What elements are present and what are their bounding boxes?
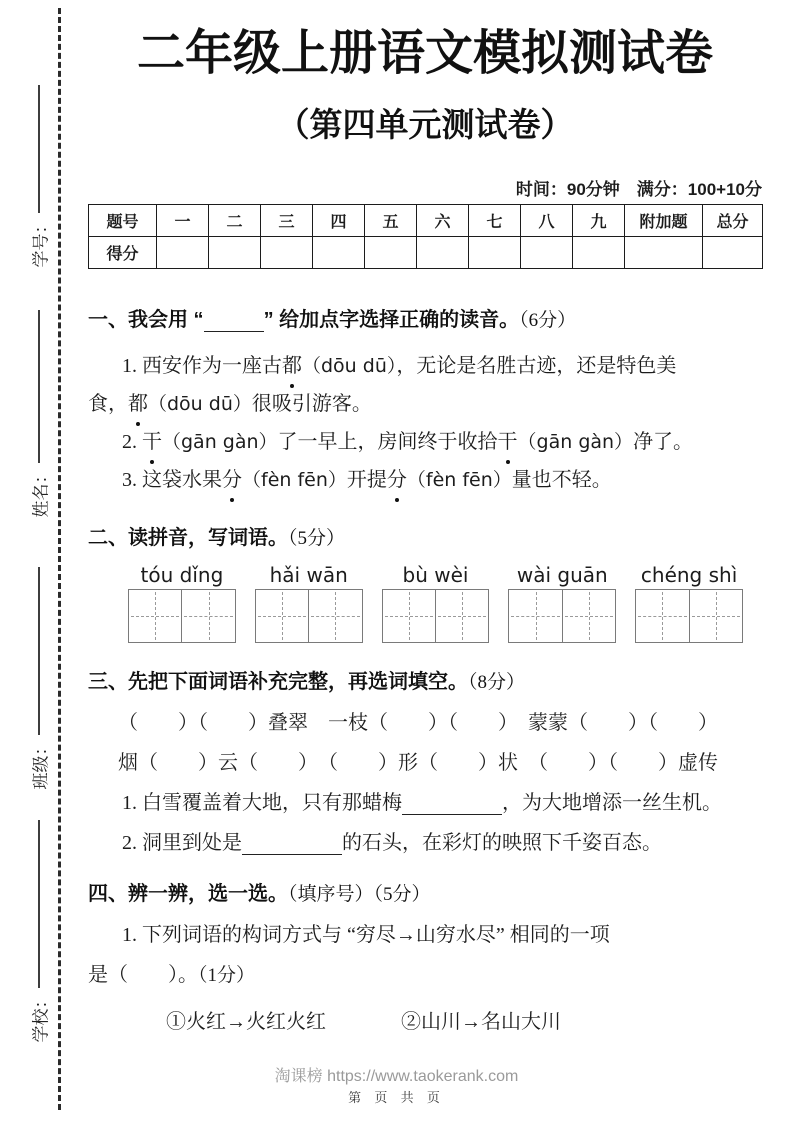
writing-grid-row (88, 589, 762, 643)
score-cell (703, 237, 763, 269)
writing-grid-cell (308, 590, 361, 642)
student-number-label: 学号： (27, 217, 52, 268)
sidebar-field-name: 姓名： (21, 310, 57, 521)
paper-title: 二年级上册语文模拟测试卷 (88, 28, 762, 81)
s1-q2-line: 2. 干（gān gàn）了一早上，房间终于收拾干（gān gàn）净了。 (88, 423, 762, 461)
s4-q1-line2: 是（ ）。（1分） (88, 955, 762, 996)
section-three-title: 三、先把下面词语补充完整，再选词填空。（8分） (88, 667, 762, 695)
class-label: 班级： (27, 739, 52, 790)
score-cell (521, 237, 573, 269)
header-cell-9: 九 (573, 205, 625, 237)
header-cell-question-no: 题号 (89, 205, 157, 237)
student-number-label-box: 学号： (21, 213, 57, 271)
writing-grid-cell (636, 590, 688, 642)
paper-main: 二年级上册语文模拟测试卷 （第四单元测试卷） 时间：90分钟 满分：100+10… (88, 28, 762, 1042)
s3-fill-line1: （ ）（ ）叠翠 一枝（ ）（ ） 蒙蒙（ ）（ ） (118, 703, 762, 743)
binding-dashed-line (58, 8, 61, 1110)
class-blank-line (38, 567, 40, 735)
name-label: 姓名： (27, 467, 52, 518)
pinyin-word: chéng shì (635, 563, 743, 587)
sidebar-field-class: 班级： (21, 567, 57, 793)
s4-q1-line1: 1. 下列词语的构词方式与 “穷尽→山穷水尽” 相同的一项 (88, 915, 762, 955)
footer-site-url: 淘课榜 https://www.taokerank.com (0, 1067, 793, 1087)
writing-grid-box (635, 589, 743, 643)
school-label-box: 学校： (21, 988, 57, 1046)
header-cell-8: 八 (521, 205, 573, 237)
score-table-header-row: 题号 一 二 三 四 五 六 七 八 九 附加题 总分 (89, 205, 763, 237)
section-three-items: 1. 白雪覆盖着大地，只有那蜡梅 ，为大地增添一丝生机。 2. 洞里到处是 的石… (88, 783, 762, 863)
header-cell-4: 四 (313, 205, 365, 237)
school-blank-line (38, 820, 40, 988)
writing-grid-box (255, 589, 363, 643)
section-three-fill-lines: （ ）（ ）叠翠 一枝（ ）（ ） 蒙蒙（ ）（ ） 烟（ ）云（ ） （ ）形… (88, 703, 762, 783)
s3-item1: 1. 白雪覆盖着大地，只有那蜡梅 ，为大地增添一丝生机。 (88, 783, 762, 823)
paper-subtitle: （第四单元测试卷） (88, 105, 762, 145)
score-cell (417, 237, 469, 269)
header-cell-5: 五 (365, 205, 417, 237)
writing-grid-box (382, 589, 490, 643)
pinyin-word: hǎi wān (255, 563, 363, 587)
s1-q1-line2: 食，都（dōu dū）很吸引游客。 (88, 385, 762, 423)
section-two-title: 二、读拼音，写词语。（5分） (88, 523, 762, 551)
score-cell (209, 237, 261, 269)
writing-grid-cell (383, 590, 435, 642)
section-four-body: 1. 下列词语的构词方式与 “穷尽→山穷水尽” 相同的一项 是（ ）。（1分） (88, 915, 762, 996)
section-one-title: 一、我会用 “ ” 给加点字选择正确的读音。（6分） (88, 305, 762, 333)
s3-fill-line2: 烟（ ）云（ ） （ ）形（ ）状 （ ）（ ）虚传 (118, 743, 762, 783)
score-cell (365, 237, 417, 269)
writing-grid-cell (562, 590, 615, 642)
score-cell (573, 237, 625, 269)
page-footer: 淘课榜 https://www.taokerank.com 第 页 共 页 (0, 1067, 793, 1106)
header-cell-7: 七 (469, 205, 521, 237)
pinyin-word-row: tóu dǐng hǎi wān bù wèi wài guān chéng s… (88, 563, 762, 587)
pinyin-word: bù wèi (382, 563, 490, 587)
header-cell-extra: 附加题 (625, 205, 703, 237)
score-cell (261, 237, 313, 269)
header-cell-6: 六 (417, 205, 469, 237)
score-table-score-row: 得分 (89, 237, 763, 269)
writing-grid-cell (181, 590, 234, 642)
writing-grid-cell (689, 590, 742, 642)
writing-grid-cell (256, 590, 308, 642)
writing-grid-box (128, 589, 236, 643)
pinyin-word: wài guān (508, 563, 616, 587)
pinyin-word: tóu dǐng (128, 563, 236, 587)
header-cell-3: 三 (261, 205, 313, 237)
score-cell (157, 237, 209, 269)
section-four-title: 四、辨一辨，选一选。（填序号）（5分） (88, 879, 762, 907)
name-label-box: 姓名： (21, 463, 57, 521)
header-cell-1: 一 (157, 205, 209, 237)
time-score-meta: 时间：90分钟 满分：100+10分 (88, 180, 762, 200)
writing-grid-box (508, 589, 616, 643)
score-cell (313, 237, 365, 269)
s3-item2: 2. 洞里到处是 的石头，在彩灯的映照下千姿百态。 (88, 823, 762, 863)
score-cell (625, 237, 703, 269)
s4-options-row: ①火红→火红火红 ②山川→名山大川 (88, 1002, 762, 1042)
header-cell-total: 总分 (703, 205, 763, 237)
s4-option-1: ①火红→火红火红 (166, 1002, 326, 1042)
header-cell-2: 二 (209, 205, 261, 237)
section-one-body: 1. 西安作为一座古都（dōu dū），无论是名胜古迹，还是特色美 食，都（dō… (88, 347, 762, 499)
writing-grid-cell (129, 590, 181, 642)
sidebar-field-student-number: 学号： (21, 85, 57, 271)
name-blank-line (38, 310, 40, 463)
student-number-blank-line (38, 85, 40, 213)
sidebar-field-school: 学校： (21, 820, 57, 1046)
writing-grid-cell (509, 590, 561, 642)
score-table: 题号 一 二 三 四 五 六 七 八 九 附加题 总分 得分 (88, 204, 763, 269)
s1-q1-line1: 1. 西安作为一座古都（dōu dū），无论是名胜古迹，还是特色美 (88, 347, 762, 385)
writing-grid-cell (435, 590, 488, 642)
footer-page-info: 第 页 共 页 (0, 1090, 793, 1106)
school-label: 学校： (27, 992, 52, 1043)
score-row-label: 得分 (89, 237, 157, 269)
class-label-box: 班级： (21, 735, 57, 793)
s1-q3-line: 3. 这袋水果分（fèn fēn）开提分（fèn fēn）量也不轻。 (88, 461, 762, 499)
s4-option-2: ②山川→名山大川 (401, 1002, 561, 1042)
score-cell (469, 237, 521, 269)
